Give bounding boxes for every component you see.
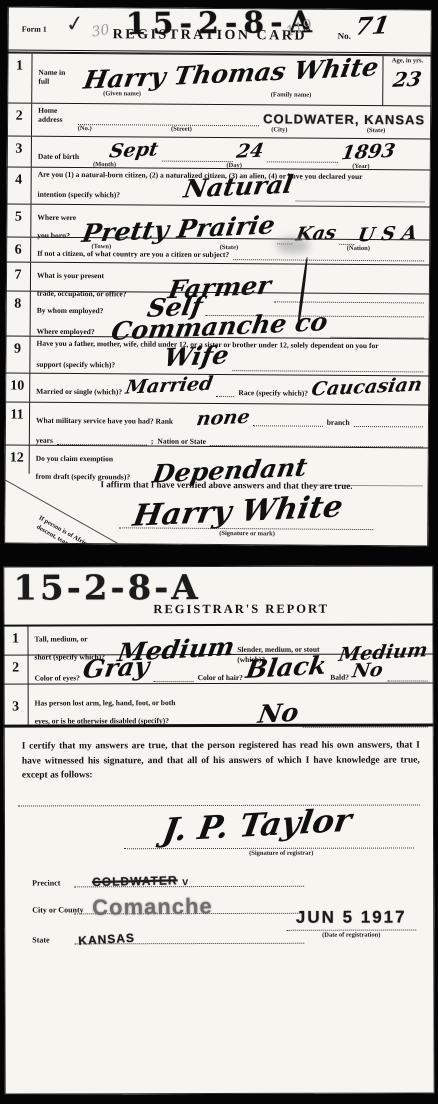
sub-label-street: (Street): [171, 126, 192, 133]
row-number: 3: [4, 684, 29, 724]
row-number: 2: [7, 104, 32, 136]
sub-label-family-name: (Family name): [271, 92, 312, 99]
bald-handwriting: No: [351, 659, 385, 683]
exemption-handwriting: Dependant: [150, 453, 309, 489]
field-citizenship: 4 Are you (1) a natural-born citizen, (2…: [7, 167, 431, 207]
dotted-rule: [57, 432, 147, 446]
field-label: Name in full: [38, 68, 77, 87]
field-date-of-birth: 3 Date of birth Sept 24 1893 (Month) (Da…: [7, 136, 431, 170]
checkmark-pencil: ✓: [64, 10, 86, 38]
precinct-stamp: COLDWATER: [92, 874, 178, 890]
married-handwriting: Married: [124, 373, 215, 399]
address-stamp: COLDWATER, KANSAS: [263, 111, 425, 127]
state-label: State: [32, 936, 49, 945]
field-label: Nation or State: [157, 436, 206, 446]
dotted-rule: [286, 929, 416, 930]
row-number: 9: [5, 337, 30, 373]
dotted-rule: [296, 189, 425, 203]
registrar-signature: J. P. Taylor: [160, 801, 354, 849]
field-married-race: 10 Married or single (which)? Married Ra…: [5, 373, 429, 405]
registration-number: 71: [353, 10, 392, 40]
question-text: If not a citizen, of what country are yo…: [37, 249, 229, 260]
report-field-features: 2 Color of eyes? Gray Color of hair? Bla…: [4, 654, 434, 684]
field-label: Color of eyes?: [35, 673, 80, 682]
name-handwriting: Harry Thomas White: [81, 52, 380, 94]
scanned-document: Form 1 ✓ 30 REGISTRATION CARD 15-2-8-A 1…: [0, 0, 438, 1104]
pencil-smudge: [276, 237, 310, 253]
registration-card: Form 1 ✓ 30 REGISTRATION CARD 15-2-8-A 1…: [4, 7, 432, 547]
row-number: 5: [6, 205, 31, 237]
question-text: Has person lost arm, leg, hand, foot, or…: [35, 698, 176, 707]
row-number: 1: [7, 54, 32, 103]
precinct-label: Precinct: [32, 879, 60, 888]
age-box: Age, in yrs. 23: [382, 56, 431, 105]
field-label: Home address: [38, 106, 74, 125]
dotted-rule: [153, 669, 194, 682]
date-caption: (Date of registration): [286, 932, 416, 939]
report-title: REGISTRAR'S REPORT: [153, 602, 329, 617]
dotted-rule: [78, 112, 259, 126]
rank-handwriting: none: [195, 406, 252, 430]
race-handwriting: Caucasian: [310, 374, 424, 401]
disability-handwriting: No: [256, 698, 300, 729]
field-dependents: 9 Have you a father, mother, wife, child…: [5, 336, 429, 376]
hair-color-handwriting: Black: [244, 651, 329, 684]
question-text: eyes, or is he otherwise disabled (speci…: [35, 716, 169, 725]
field-label: Tall, medium, or: [34, 634, 87, 643]
field-label: What military service have you had? Rank: [36, 415, 173, 425]
row-number: 8: [6, 292, 31, 336]
field-label: Date of birth: [38, 151, 88, 161]
precinct-mark: v: [182, 876, 188, 888]
question-text: intention (specify which)?: [38, 190, 121, 201]
row-number: 1: [3, 626, 28, 654]
row-number: 3: [7, 137, 32, 167]
field-name-in-full: 1 Name in full Harry Thomas White (Given…: [7, 53, 431, 106]
dotted-rule: [216, 384, 234, 397]
state-stamp: KANSAS: [78, 931, 135, 948]
field-label: Where were: [37, 213, 76, 222]
date-of-registration-block: JUN 5 1917 (Date of registration): [286, 907, 416, 939]
field-foreign-citizenship: 6 If not a citizen, of what country are …: [6, 237, 430, 265]
county-stamp: Comanche: [92, 894, 213, 921]
field-label: What is your present: [37, 271, 104, 280]
field-military-service: 11 What military service have you had? R…: [5, 402, 429, 448]
form-number-label: Form 1: [22, 25, 47, 34]
birth-year: 1893: [340, 140, 397, 164]
citizenship-handwriting: Natural: [181, 170, 295, 204]
field-label: Where employed?: [37, 326, 95, 336]
row-number: 4: [7, 168, 32, 204]
field-label: Race (specify which)?: [238, 388, 308, 398]
field-label: Do you claim exemption: [36, 454, 113, 464]
birth-month: Sept: [108, 138, 160, 162]
signature-caption: (Signature of registrar): [249, 851, 313, 858]
registrars-report-card: 15-2-8-A REGISTRAR'S REPORT 1 Tall, medi…: [3, 565, 434, 1094]
signature-caption: (Signature or mark): [219, 531, 275, 538]
dependents-handwriting: Wife: [161, 341, 230, 373]
certification-text: I certify that my answers are true, that…: [4, 726, 434, 783]
eye-color-handwriting: Gray: [81, 651, 151, 684]
birth-day: 24: [235, 140, 265, 163]
row-number: 2: [4, 655, 29, 683]
dotted-rule: [232, 358, 424, 372]
dotted-rule: [354, 414, 423, 427]
report-field-build: 1 Tall, medium, or short (specify which)…: [3, 625, 433, 655]
field-trade: 7 What is your present trade, occupation…: [6, 262, 430, 294]
sub-label-no: (No.): [78, 126, 92, 133]
dotted-rule: [162, 149, 233, 162]
dotted-rule: [330, 325, 423, 339]
punctuation: ;: [151, 436, 154, 445]
sub-label-city: (City): [271, 127, 287, 134]
number-label: No.: [338, 31, 351, 41]
row-number: 11: [5, 403, 30, 445]
date-stamp: JUN 5 1917: [286, 907, 416, 927]
row-number: 7: [6, 263, 31, 291]
field-home-address: 2 Home address COLDWATER, KANSAS (No.) (…: [7, 103, 431, 139]
registrar-signature-area: J. P. Taylor (Signature of registrar): [4, 806, 434, 867]
field-label: By whom employed?: [37, 305, 104, 315]
card-header: Form 1 ✓ 30 REGISTRATION CARD 15-2-8-A 1…: [8, 7, 432, 56]
field-label: Bald?: [330, 672, 349, 681]
row-number: 6: [6, 238, 31, 262]
field-employer: 8 By whom employed? Self Where employed?…: [6, 291, 430, 339]
precinct-row: Precinct COLDWATER v: [32, 866, 434, 894]
dotted-rule: [302, 714, 428, 727]
row-number: 10: [5, 374, 30, 402]
field-label: Married or single (which)?: [36, 386, 122, 396]
question-text: support (specify which)?: [36, 360, 115, 371]
field-label: years: [36, 435, 53, 444]
report-field-disability: 3 Has person lost arm, leg, hand, foot, …: [4, 683, 434, 727]
sub-label-state: (State): [367, 128, 385, 135]
dotted-rule: [267, 149, 338, 162]
pencil-note-left: 30: [91, 22, 111, 41]
field-label: branch: [327, 417, 350, 427]
field-label: Color of hair?: [198, 673, 243, 682]
dotted-rule: [253, 413, 322, 426]
age-label: Age, in yrs.: [383, 58, 431, 65]
report-header: 15-2-8-A REGISTRAR'S REPORT: [3, 565, 433, 626]
age-value: 23: [391, 66, 423, 91]
dotted-rule: [310, 473, 423, 487]
dotted-rule: [387, 668, 428, 681]
field-birthplace: 5 Where were you born? Pretty Prairie Ka…: [6, 204, 430, 240]
tear-off-corner: If person is of African descent, tear of…: [4, 464, 120, 545]
dotted-rule: [233, 247, 424, 261]
